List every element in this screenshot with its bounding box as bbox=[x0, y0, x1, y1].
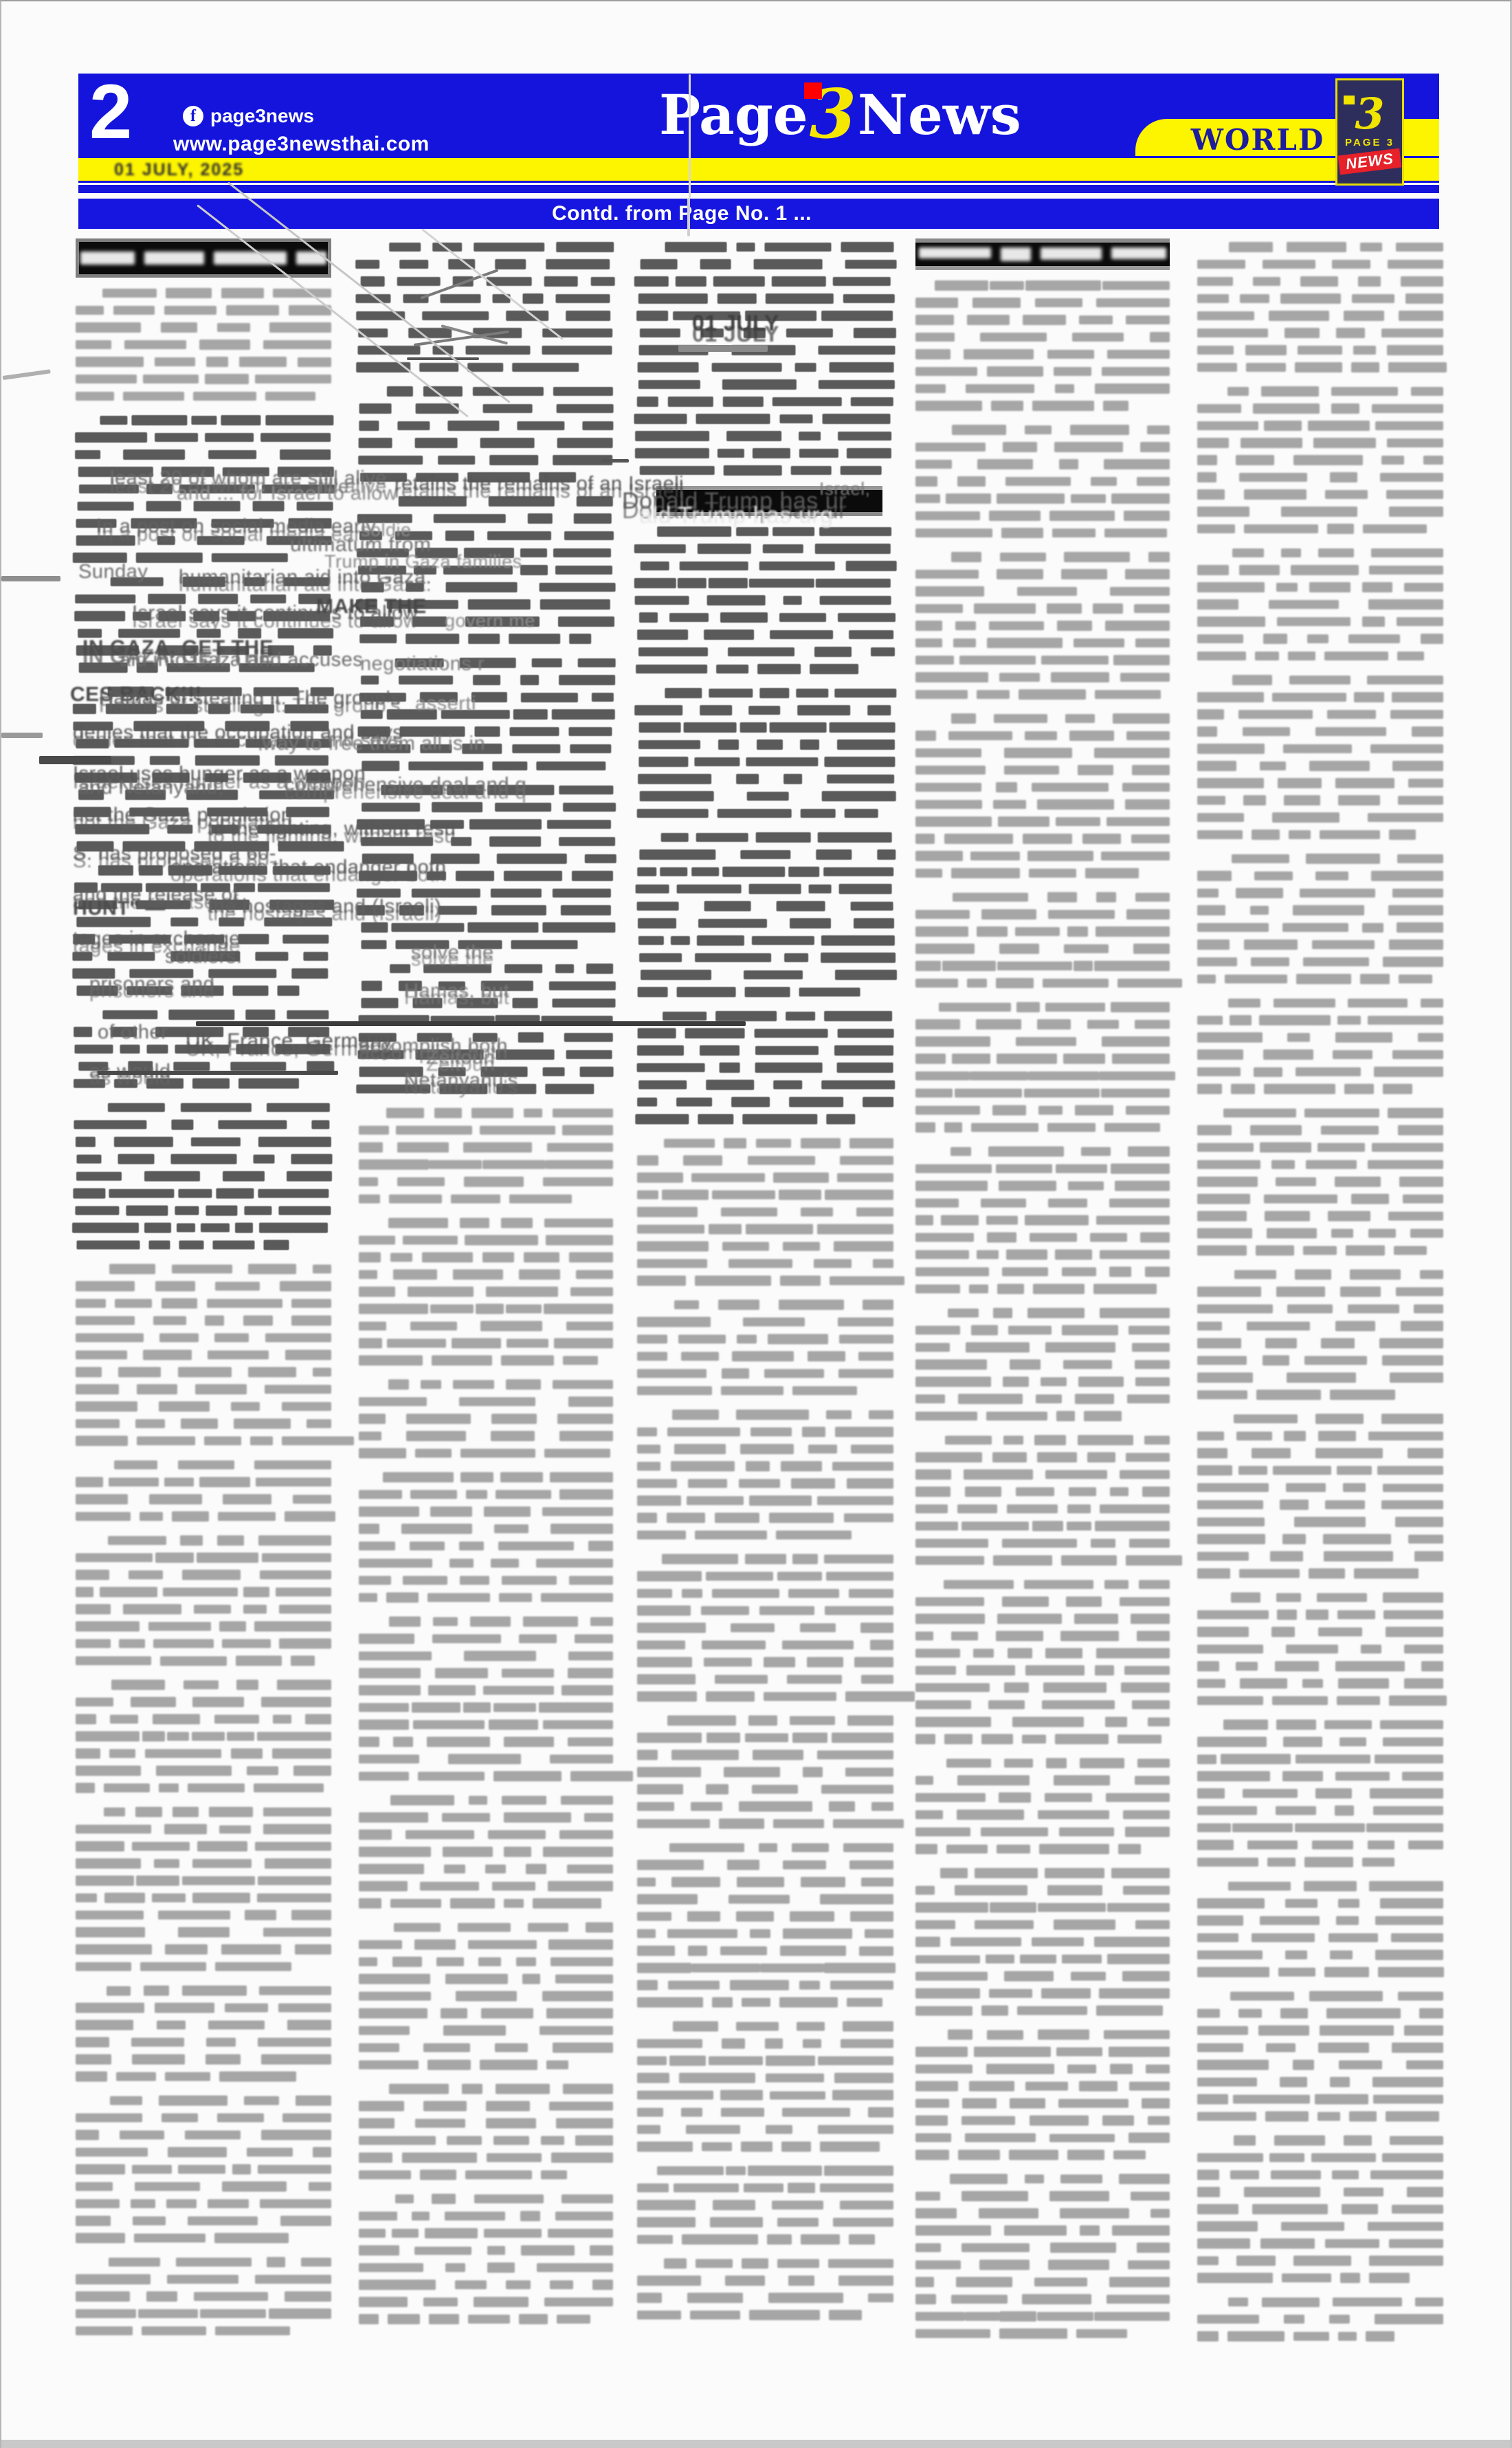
text-line bbox=[1197, 273, 1443, 290]
word-block bbox=[1036, 1394, 1062, 1403]
word-block bbox=[1302, 1679, 1324, 1688]
text-line bbox=[359, 527, 614, 544]
word-block bbox=[1278, 1968, 1315, 1977]
word-block bbox=[1243, 727, 1290, 735]
word-block bbox=[1246, 363, 1286, 371]
text-line bbox=[76, 1982, 331, 1999]
word-block bbox=[1348, 999, 1408, 1008]
word-block bbox=[845, 260, 897, 269]
word-block bbox=[1383, 1737, 1443, 1746]
word-block bbox=[542, 1507, 613, 1517]
word-block bbox=[451, 1194, 500, 1203]
word-block bbox=[1401, 276, 1443, 287]
word-block bbox=[915, 748, 981, 757]
word-block bbox=[359, 1593, 377, 1602]
word-block bbox=[512, 363, 579, 372]
word-block bbox=[865, 1929, 893, 1938]
word-block bbox=[465, 346, 530, 355]
text-line bbox=[637, 1475, 893, 1492]
word-block bbox=[1270, 1551, 1303, 1561]
indent-space bbox=[1197, 1996, 1215, 1996]
word-block bbox=[732, 1351, 794, 1361]
word-block bbox=[467, 472, 530, 482]
word-block bbox=[1111, 1002, 1170, 1012]
word-block bbox=[1339, 1737, 1366, 1746]
word-block bbox=[637, 1335, 667, 1344]
word-block bbox=[637, 1860, 704, 1869]
text-line bbox=[359, 1214, 613, 1232]
word-block bbox=[76, 1367, 102, 1377]
word-block bbox=[76, 1911, 144, 1919]
word-block bbox=[731, 1097, 770, 1107]
word-block bbox=[1197, 830, 1243, 839]
word-block bbox=[783, 1928, 852, 1939]
word-block bbox=[1291, 565, 1359, 576]
paragraph bbox=[1197, 383, 1443, 537]
word-block bbox=[214, 2233, 289, 2244]
text-line bbox=[1197, 1139, 1443, 1156]
text-line bbox=[637, 1654, 893, 1671]
word-block bbox=[1197, 1898, 1265, 1909]
word-block bbox=[1003, 1377, 1029, 1388]
word-block bbox=[451, 837, 471, 846]
word-block bbox=[981, 1734, 1012, 1744]
word-block bbox=[169, 1010, 234, 1020]
word-block bbox=[686, 2125, 740, 2135]
text-line bbox=[915, 1823, 1170, 1840]
word-block bbox=[570, 1771, 633, 1782]
word-block bbox=[1001, 528, 1044, 537]
word-block bbox=[637, 809, 709, 818]
text-line bbox=[635, 1111, 828, 1128]
text-line bbox=[637, 2162, 893, 2179]
word-block bbox=[915, 1394, 945, 1403]
word-block bbox=[989, 511, 1041, 521]
word-block bbox=[276, 739, 331, 747]
word-block bbox=[471, 692, 507, 703]
text-line bbox=[76, 1133, 331, 1150]
text-line bbox=[915, 397, 1032, 414]
word-block bbox=[546, 2008, 613, 2018]
word-block bbox=[557, 1414, 613, 1424]
word-block bbox=[209, 1807, 254, 1817]
word-block bbox=[814, 647, 851, 657]
word-block bbox=[1085, 868, 1139, 878]
word-block bbox=[1368, 1016, 1443, 1025]
indent-space bbox=[635, 531, 653, 532]
paragraph bbox=[76, 412, 331, 566]
word-block bbox=[75, 772, 137, 783]
word-block bbox=[1144, 1436, 1170, 1445]
word-block bbox=[1142, 2098, 1170, 2108]
word-block bbox=[278, 628, 333, 638]
word-block bbox=[495, 803, 551, 812]
text-line bbox=[1197, 1012, 1443, 1029]
word-block bbox=[1327, 710, 1377, 720]
word-block bbox=[1091, 477, 1117, 487]
word-block bbox=[171, 917, 199, 926]
word-block bbox=[951, 1632, 979, 1640]
word-block bbox=[421, 1380, 442, 1390]
word-block bbox=[1147, 425, 1170, 434]
word-block bbox=[1282, 1534, 1306, 1544]
word-block bbox=[1197, 404, 1241, 413]
text-line bbox=[1197, 1173, 1443, 1190]
paragraph bbox=[76, 1676, 331, 1796]
text-line bbox=[359, 1589, 483, 1606]
word-block bbox=[736, 774, 759, 783]
indent-space bbox=[78, 420, 96, 421]
word-block bbox=[359, 531, 382, 539]
word-block bbox=[552, 889, 610, 898]
text-line bbox=[358, 452, 612, 469]
word-block bbox=[537, 2263, 613, 2272]
text-line bbox=[359, 2098, 613, 2115]
word-block bbox=[473, 328, 522, 337]
word-block bbox=[814, 544, 890, 553]
word-block bbox=[392, 923, 464, 931]
word-block bbox=[637, 2200, 696, 2211]
word-block bbox=[951, 2295, 1008, 2304]
word-block bbox=[444, 1865, 465, 1873]
indent-space bbox=[637, 1143, 655, 1144]
word-block bbox=[359, 2118, 394, 2129]
word-block bbox=[1107, 1903, 1170, 1912]
word-block bbox=[792, 1554, 817, 1564]
word-block bbox=[76, 2182, 113, 2192]
word-block bbox=[1109, 2047, 1170, 2056]
text-line bbox=[915, 2222, 1170, 2239]
word-block bbox=[410, 1542, 445, 1550]
word-block bbox=[821, 791, 896, 801]
word-block bbox=[359, 1270, 377, 1280]
indent-space bbox=[359, 1477, 377, 1478]
text-line bbox=[915, 2002, 1098, 2019]
text-line bbox=[638, 359, 894, 376]
text-line bbox=[76, 1924, 331, 1941]
text-line bbox=[639, 609, 896, 626]
paragraph bbox=[637, 238, 893, 479]
word-block bbox=[518, 1032, 544, 1042]
word-block bbox=[506, 1304, 542, 1313]
word-block bbox=[359, 1287, 395, 1297]
word-block bbox=[291, 1299, 331, 1307]
word-block bbox=[687, 2293, 743, 2303]
word-block bbox=[1260, 1142, 1311, 1152]
word-block bbox=[160, 1656, 227, 1666]
word-block bbox=[1125, 1827, 1170, 1836]
text-line bbox=[915, 2112, 1170, 2129]
word-block bbox=[637, 1241, 709, 1251]
word-block bbox=[915, 1181, 988, 1191]
text-line bbox=[634, 702, 891, 719]
word-block bbox=[1232, 854, 1289, 864]
word-block bbox=[748, 1715, 777, 1726]
text-line bbox=[357, 510, 612, 527]
word-block bbox=[1197, 1967, 1269, 1978]
word-block bbox=[1197, 1840, 1234, 1850]
word-block bbox=[713, 276, 764, 286]
word-block bbox=[1247, 1840, 1298, 1849]
word-block bbox=[192, 1697, 244, 1707]
word-block bbox=[72, 968, 115, 979]
word-block bbox=[359, 2043, 399, 2053]
word-block bbox=[1197, 1645, 1263, 1654]
word-block bbox=[504, 1899, 524, 1909]
word-block bbox=[1123, 1886, 1170, 1895]
word-block bbox=[1197, 2238, 1250, 2248]
word-block bbox=[496, 1490, 551, 1499]
indent-space bbox=[915, 1584, 933, 1585]
text-line bbox=[915, 1356, 1170, 1373]
text-line bbox=[915, 1610, 1170, 1627]
word-block bbox=[1363, 524, 1427, 533]
word-block bbox=[915, 1326, 960, 1335]
text-line bbox=[76, 1872, 331, 1889]
word-block bbox=[981, 1199, 1026, 1208]
word-block bbox=[863, 1097, 893, 1107]
word-block bbox=[159, 1333, 199, 1343]
text-line bbox=[915, 524, 1026, 542]
word-block bbox=[445, 2212, 505, 2220]
word-block bbox=[412, 1702, 460, 1713]
word-block bbox=[497, 854, 567, 863]
text-line bbox=[73, 700, 329, 717]
word-block bbox=[359, 2026, 410, 2035]
word-block bbox=[915, 367, 977, 376]
word-block bbox=[194, 501, 241, 511]
word-block bbox=[1274, 999, 1335, 1008]
word-block bbox=[208, 2021, 265, 2030]
word-block bbox=[1047, 892, 1077, 902]
word-block bbox=[76, 2020, 133, 2030]
word-block bbox=[915, 1734, 935, 1744]
word-block bbox=[278, 2003, 331, 2013]
word-block bbox=[1135, 1020, 1170, 1028]
text-line bbox=[74, 879, 330, 896]
text-line bbox=[1197, 2218, 1443, 2235]
word-block bbox=[468, 599, 531, 610]
word-block bbox=[730, 1980, 789, 1990]
word-block bbox=[847, 1998, 882, 2007]
word-block bbox=[999, 673, 1040, 682]
word-block bbox=[1269, 311, 1329, 320]
word-block bbox=[1197, 923, 1269, 931]
word-block bbox=[245, 1910, 276, 1920]
text-line bbox=[915, 1899, 1170, 1916]
word-block bbox=[1128, 1146, 1170, 1156]
word-block bbox=[76, 1656, 151, 1665]
word-block bbox=[261, 1697, 331, 1706]
word-block bbox=[915, 2294, 936, 2304]
word-block bbox=[212, 553, 287, 561]
word-block bbox=[772, 527, 815, 537]
word-block bbox=[1047, 350, 1094, 359]
word-block bbox=[540, 599, 610, 610]
indent-space bbox=[76, 1684, 93, 1685]
word-block bbox=[1197, 421, 1258, 430]
word-block bbox=[230, 1062, 286, 1071]
text-line bbox=[637, 2255, 893, 2272]
word-block bbox=[958, 2150, 1000, 2160]
paragraph bbox=[915, 889, 1170, 992]
word-block bbox=[1404, 1645, 1443, 1654]
word-block bbox=[412, 2212, 430, 2220]
word-block bbox=[760, 688, 790, 698]
word-block bbox=[201, 1223, 230, 1232]
word-block bbox=[422, 311, 489, 320]
text-line bbox=[915, 1696, 1170, 1713]
word-block bbox=[481, 2008, 533, 2018]
word-block bbox=[417, 1033, 452, 1042]
word-block bbox=[208, 969, 277, 979]
word-block bbox=[993, 1308, 1012, 1318]
word-block bbox=[786, 329, 834, 337]
word-block bbox=[223, 467, 269, 476]
text-line bbox=[76, 532, 332, 549]
word-block bbox=[745, 987, 790, 997]
word-block bbox=[1380, 1720, 1443, 1730]
word-block bbox=[1264, 421, 1302, 431]
text-line bbox=[915, 548, 1170, 566]
text-line bbox=[362, 799, 616, 816]
word-block bbox=[313, 1368, 331, 1377]
word-block bbox=[668, 397, 714, 407]
word-block bbox=[1236, 1662, 1258, 1671]
word-block bbox=[964, 349, 1034, 360]
word-block bbox=[720, 612, 768, 623]
word-block bbox=[1079, 315, 1113, 324]
word-block bbox=[359, 403, 392, 414]
word-block bbox=[1197, 1534, 1265, 1544]
text-line bbox=[359, 2311, 561, 2328]
word-block bbox=[76, 1698, 113, 1706]
word-block bbox=[996, 1631, 1043, 1641]
word-block bbox=[1283, 744, 1352, 753]
word-block bbox=[1071, 1972, 1106, 1981]
text-line bbox=[915, 2170, 1170, 2188]
word-block bbox=[388, 1379, 409, 1390]
word-block bbox=[359, 2101, 404, 2111]
text-line bbox=[915, 1373, 1170, 1390]
word-block bbox=[1408, 1840, 1443, 1849]
word-block bbox=[423, 2297, 458, 2306]
word-block bbox=[766, 2125, 792, 2135]
text-line bbox=[638, 643, 895, 660]
word-block bbox=[577, 496, 613, 507]
word-block bbox=[830, 362, 894, 372]
word-block bbox=[817, 1224, 893, 1235]
word-block bbox=[1197, 1858, 1258, 1867]
word-block bbox=[977, 1250, 999, 1259]
word-block bbox=[1312, 940, 1375, 949]
word-block bbox=[715, 1513, 759, 1524]
word-block bbox=[438, 456, 475, 465]
paragraph bbox=[359, 383, 613, 486]
word-block bbox=[257, 825, 331, 834]
text-line bbox=[637, 805, 862, 822]
word-block bbox=[1227, 387, 1249, 397]
text-line bbox=[634, 410, 891, 427]
word-block bbox=[1082, 834, 1122, 844]
word-block bbox=[718, 293, 757, 304]
word-block bbox=[1096, 1648, 1170, 1659]
word-block bbox=[753, 448, 790, 458]
word-block bbox=[157, 2021, 186, 2029]
word-block bbox=[1090, 1233, 1127, 1242]
text-line bbox=[359, 2166, 553, 2183]
word-block bbox=[847, 1478, 893, 1489]
word-block bbox=[700, 1045, 740, 1056]
word-block bbox=[1287, 1033, 1310, 1041]
word-block bbox=[108, 687, 154, 698]
text-line bbox=[76, 2068, 265, 2085]
word-block bbox=[999, 944, 1039, 954]
word-block bbox=[860, 1623, 893, 1633]
word-block bbox=[245, 1010, 275, 1021]
word-block bbox=[707, 595, 766, 606]
word-block bbox=[553, 387, 613, 397]
word-block bbox=[1276, 583, 1298, 592]
text-line bbox=[1197, 1386, 1299, 1403]
word-block bbox=[522, 293, 544, 304]
word-block bbox=[1197, 582, 1265, 592]
word-block bbox=[499, 1593, 533, 1602]
word-block bbox=[568, 727, 612, 737]
text-line bbox=[76, 1999, 331, 2016]
text-line bbox=[76, 1635, 331, 1652]
text-line bbox=[637, 626, 893, 643]
text-line bbox=[915, 2095, 1170, 2112]
word-block bbox=[165, 2072, 210, 2081]
text-line bbox=[1197, 1496, 1443, 1513]
word-block bbox=[959, 656, 1036, 665]
text-line bbox=[359, 2293, 613, 2311]
word-block bbox=[1054, 442, 1123, 452]
word-block bbox=[1271, 2170, 1321, 2179]
word-block bbox=[1389, 1695, 1446, 1706]
word-block bbox=[406, 583, 424, 591]
word-block bbox=[205, 773, 227, 782]
word-block bbox=[219, 1621, 245, 1632]
word-block bbox=[468, 922, 538, 933]
word-block bbox=[359, 2152, 392, 2163]
word-block bbox=[104, 1893, 145, 1903]
word-block bbox=[1096, 2005, 1163, 2016]
text-line bbox=[637, 2289, 893, 2306]
paragraph bbox=[915, 1755, 1170, 1858]
paragraph bbox=[1197, 1589, 1443, 1709]
text-line bbox=[76, 913, 332, 931]
word-block bbox=[278, 467, 334, 477]
word-block bbox=[1110, 1487, 1128, 1495]
word-block bbox=[122, 841, 185, 851]
word-block bbox=[1078, 1435, 1133, 1446]
word-block bbox=[919, 247, 991, 258]
word-block bbox=[915, 1469, 951, 1480]
word-block bbox=[702, 1640, 766, 1649]
text-line bbox=[915, 421, 1170, 438]
word-block bbox=[1234, 2135, 1256, 2146]
word-block bbox=[745, 1554, 786, 1565]
word-block bbox=[724, 1138, 746, 1149]
word-block bbox=[1062, 1267, 1096, 1277]
word-block bbox=[849, 630, 893, 639]
word-block bbox=[977, 459, 1034, 470]
word-block bbox=[277, 1680, 331, 1691]
indent-space bbox=[640, 693, 658, 693]
word-block bbox=[953, 893, 1028, 902]
